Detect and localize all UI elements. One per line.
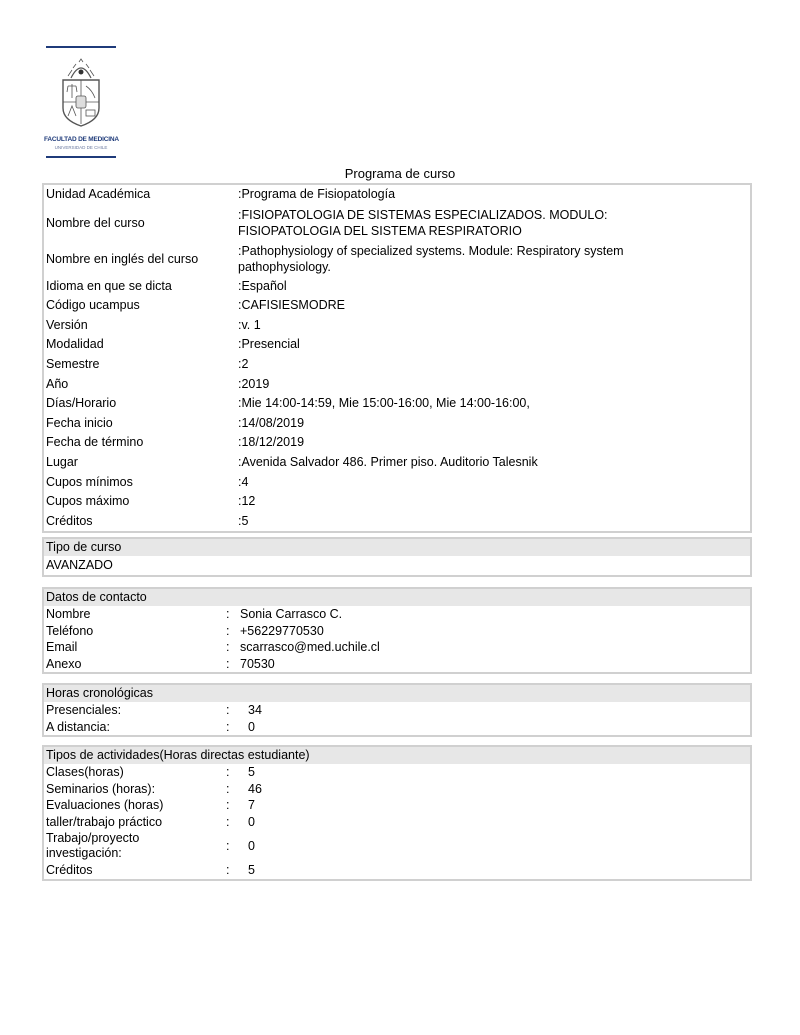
activity-row: Clases(horas) : 5 <box>44 764 750 781</box>
separator: : <box>226 862 248 879</box>
contact-row: Email : scarrasco@med.uchile.cl <box>44 639 750 656</box>
activity-value: 46 <box>248 781 750 798</box>
activity-row: Evaluaciones (horas) : 7 <box>44 797 750 814</box>
separator: : <box>226 797 248 814</box>
info-label: Código ucampus <box>44 296 238 316</box>
info-row: Cupos mínimos :4 <box>44 473 750 493</box>
info-row: Código ucampus :CAFISIESMODRE <box>44 296 750 316</box>
info-row: Lugar :Avenida Salvador 486. Primer piso… <box>44 453 750 473</box>
info-label: Días/Horario <box>44 394 238 414</box>
info-value: :12 <box>238 492 750 512</box>
info-label: Modalidad <box>44 335 238 355</box>
contact-label: Anexo <box>44 656 226 673</box>
info-label: Fecha de término <box>44 433 238 453</box>
activities-header: Tipos de actividades(Horas directas estu… <box>44 747 750 764</box>
activity-label: Créditos <box>44 862 226 879</box>
info-value: :CAFISIESMODRE <box>238 296 750 316</box>
activity-row: Créditos : 5 <box>44 862 750 879</box>
contact-row: Teléfono : +56229770530 <box>44 623 750 640</box>
contact-label: Teléfono <box>44 623 226 640</box>
separator: : <box>226 830 248 862</box>
activities-box: Tipos de actividades(Horas directas estu… <box>42 745 752 881</box>
contact-header: Datos de contacto <box>44 589 750 606</box>
contact-label: Email <box>44 639 226 656</box>
logo-bottom-rule <box>46 156 116 158</box>
contact-label: Nombre <box>44 606 226 623</box>
info-row: Idioma en que se dicta :Español <box>44 277 750 297</box>
info-row: Fecha de término :18/12/2019 <box>44 433 750 453</box>
hours-value: 34 <box>248 702 750 719</box>
contact-email: scarrasco@med.uchile.cl <box>240 639 750 656</box>
info-value: :2019 <box>238 375 750 395</box>
activity-value: 0 <box>248 814 750 831</box>
separator: : <box>226 719 248 736</box>
activity-label: taller/trabajo práctico <box>44 814 226 831</box>
activity-label: Seminarios (horas): <box>44 781 226 798</box>
hours-row: Presenciales: : 34 <box>44 702 750 719</box>
info-label: Cupos máximo <box>44 492 238 512</box>
contact-value: +56229770530 <box>240 623 750 640</box>
activity-label: Evaluaciones (horas) <box>44 797 226 814</box>
info-label: Versión <box>44 316 238 336</box>
info-value: :Español <box>238 277 750 297</box>
activity-value: 7 <box>248 797 750 814</box>
info-label: Idioma en que se dicta <box>44 277 238 297</box>
hours-box: Horas cronológicas Presenciales: : 34 A … <box>42 683 752 737</box>
info-label: Cupos mínimos <box>44 473 238 493</box>
separator: : <box>226 623 240 640</box>
activity-row: Seminarios (horas): : 46 <box>44 781 750 798</box>
hours-row: A distancia: : 0 <box>44 719 750 736</box>
separator: : <box>226 764 248 781</box>
logo-university-name: UNIVERSIDAD DE CHILE <box>44 145 118 150</box>
info-value: :FISIOPATOLOGIA DE SISTEMAS ESPECIALIZAD… <box>238 205 750 241</box>
info-label: Unidad Académica <box>44 185 238 205</box>
logo-top-rule <box>46 46 116 48</box>
info-row: Cupos máximo :12 <box>44 492 750 512</box>
info-label: Nombre del curso <box>44 205 238 241</box>
info-row: Nombre del curso :FISIOPATOLOGIA DE SIST… <box>44 205 750 241</box>
hours-value: 0 <box>248 719 750 736</box>
info-row: Días/Horario :Mie 14:00-14:59, Mie 15:00… <box>44 394 750 414</box>
activity-label: Clases(horas) <box>44 764 226 781</box>
contact-value: 70530 <box>240 656 750 673</box>
course-info-box: Unidad Académica :Programa de Fisiopatol… <box>42 183 752 533</box>
activity-row: Trabajo/proyecto investigación: : 0 <box>44 830 750 862</box>
logo-faculty-name: FACULTAD DE MEDICINA <box>44 136 118 143</box>
separator: : <box>226 656 240 673</box>
page-title: Programa de curso <box>0 166 800 181</box>
info-label: Créditos <box>44 512 238 532</box>
info-value: :v. 1 <box>238 316 750 336</box>
info-value: :4 <box>238 473 750 493</box>
info-row: Año :2019 <box>44 375 750 395</box>
info-label: Lugar <box>44 453 238 473</box>
activity-value: 5 <box>248 862 750 879</box>
info-value: :5 <box>238 512 750 532</box>
activity-value: 5 <box>248 764 750 781</box>
hours-label: A distancia: <box>44 719 226 736</box>
contact-value: Sonia Carrasco C. <box>240 606 750 623</box>
contact-row: Nombre : Sonia Carrasco C. <box>44 606 750 623</box>
info-value: :18/12/2019 <box>238 433 750 453</box>
contact-box: Datos de contacto Nombre : Sonia Carrasc… <box>42 587 752 674</box>
info-label: Nombre en inglés del curso <box>44 241 238 277</box>
info-row: Fecha inicio :14/08/2019 <box>44 414 750 434</box>
separator: : <box>226 781 248 798</box>
info-value: :Mie 14:00-14:59, Mie 15:00-16:00, Mie 1… <box>238 394 750 414</box>
info-row: Unidad Académica :Programa de Fisiopatol… <box>44 185 750 205</box>
info-row: Versión :v. 1 <box>44 316 750 336</box>
info-value: :2 <box>238 355 750 375</box>
course-type-box: Tipo de curso AVANZADO <box>42 537 752 577</box>
separator: : <box>226 606 240 623</box>
info-label: Fecha inicio <box>44 414 238 434</box>
university-crest-icon <box>58 56 104 128</box>
separator: : <box>226 814 248 831</box>
info-row: Modalidad :Presencial <box>44 335 750 355</box>
info-row: Semestre :2 <box>44 355 750 375</box>
info-value: :Presencial <box>238 335 750 355</box>
info-label: Año <box>44 375 238 395</box>
info-value: :Pathophysiology of specialized systems.… <box>238 241 750 277</box>
separator: : <box>226 639 240 656</box>
activity-value: 0 <box>248 830 750 862</box>
activity-label: Trabajo/proyecto investigación: <box>44 831 176 861</box>
course-type-value: AVANZADO <box>44 556 750 575</box>
faculty-logo: FACULTAD DE MEDICINA UNIVERSIDAD DE CHIL… <box>46 44 116 160</box>
info-value: :Avenida Salvador 486. Primer piso. Audi… <box>238 453 750 473</box>
contact-row: Anexo : 70530 <box>44 656 750 673</box>
info-label: Semestre <box>44 355 238 375</box>
activity-row: taller/trabajo práctico : 0 <box>44 814 750 831</box>
info-value: :Programa de Fisiopatología <box>238 185 750 205</box>
info-row: Créditos :5 <box>44 512 750 532</box>
hours-label: Presenciales: <box>44 702 226 719</box>
hours-header: Horas cronológicas <box>44 685 750 702</box>
info-row: Nombre en inglés del curso :Pathophysiol… <box>44 241 750 277</box>
info-value: :14/08/2019 <box>238 414 750 434</box>
separator: : <box>226 702 248 719</box>
course-type-header: Tipo de curso <box>44 539 750 556</box>
